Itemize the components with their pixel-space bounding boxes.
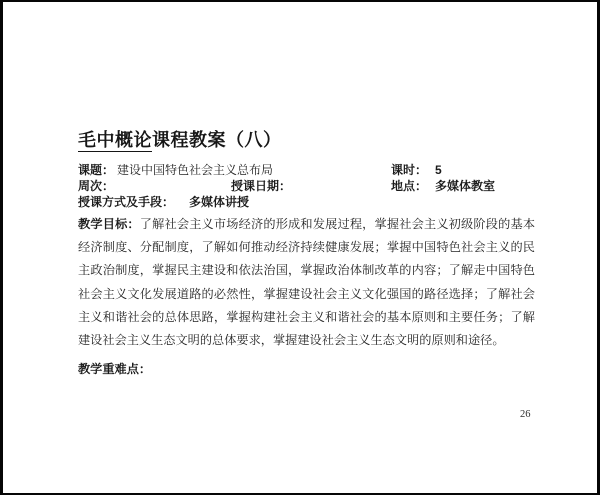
document-title-underlined-part: 毛中概论 [78,130,152,152]
document-title-rest-part: 课程教案（八） [152,130,282,150]
objectives-label: 教学目标： [78,217,140,231]
topic-value: 建设中国特色社会主义总布局 [117,163,273,177]
date-field: 授课日期： [231,179,291,193]
page-number: 26 [520,409,531,421]
teaching-objectives-paragraph: 教学目标：了解社会主义市场经济的形成和发展过程，掌握社会主义初级阶段的基本经济制… [78,213,535,352]
hours-field: 课时：5 [391,163,442,177]
meta-row-method: 授课方式及手段：多媒体讲授 [78,195,538,211]
meta-row-week-date-location: 周次： 授课日期： 地点：多媒体教室 [78,179,538,195]
method-label: 授课方式及手段： [78,195,174,209]
objectives-text: 了解社会主义市场经济的形成和发展过程，掌握社会主义初级阶段的基本经济制度、分配制… [78,217,535,347]
meta-row-topic: 课题：建设中国特色社会主义总布局 课时：5 [78,163,538,179]
hours-value: 5 [435,163,442,177]
scanned-document-page: 毛中概论课程教案（八） 课题：建设中国特色社会主义总布局 课时：5 周次： 授课… [0,0,600,495]
location-field: 地点：多媒体教室 [391,179,495,193]
hours-label: 课时： [391,163,427,177]
location-label: 地点： [391,179,427,193]
date-label: 授课日期： [231,179,291,193]
week-label: 周次： [78,179,114,193]
location-value: 多媒体教室 [435,179,495,193]
topic-label: 课题： [78,163,114,177]
document-title: 毛中概论课程教案（八） [78,128,282,152]
key-points-heading: 教学重难点： [78,361,151,377]
method-value: 多媒体讲授 [189,195,249,209]
